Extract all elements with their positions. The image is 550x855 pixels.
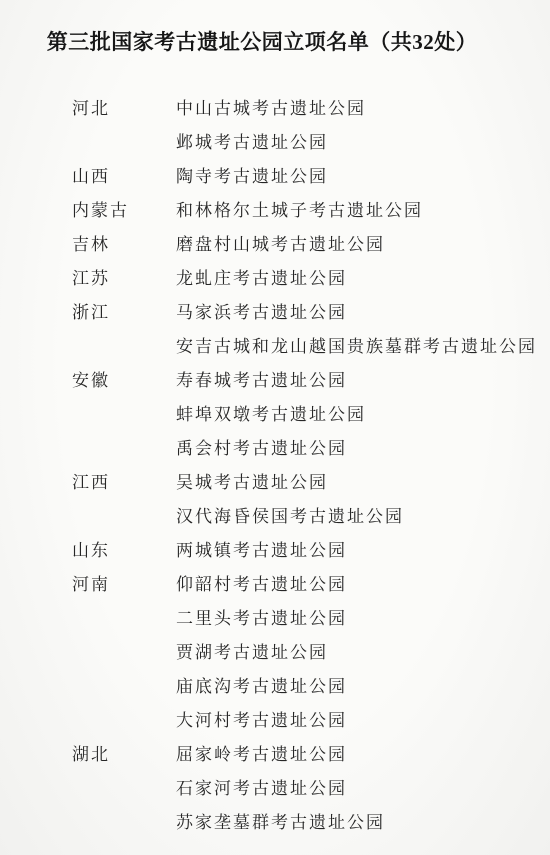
- table-row: 禹会村考古遗址公园: [0, 429, 550, 463]
- site-name-cell: 寿春城考古遗址公园: [176, 366, 550, 391]
- table-row: 吉林磨盘村山城考古遗址公园: [0, 225, 550, 259]
- province-cell: 浙江: [72, 298, 176, 323]
- site-name-cell: 汉代海昏侯国考古遗址公园: [176, 502, 550, 527]
- table-row: 大河村考古遗址公园: [0, 701, 550, 735]
- site-name-cell: 龙虬庄考古遗址公园: [176, 264, 550, 289]
- site-name-cell: 大河村考古遗址公园: [176, 706, 550, 731]
- table-row: 浙江马家浜考古遗址公园: [0, 293, 550, 327]
- table-row: 汉代海昏侯国考古遗址公园: [0, 497, 550, 531]
- province-cell: 河南: [72, 570, 176, 595]
- province-cell: 吉林: [72, 230, 176, 255]
- site-name-cell: 石家河考古遗址公园: [176, 774, 550, 799]
- site-name-cell: 苏家垄墓群考古遗址公园: [176, 808, 550, 833]
- province-cell: 山西: [72, 162, 176, 187]
- province-cell: 安徽: [72, 366, 176, 391]
- table-row: 湖北屈家岭考古遗址公园: [0, 735, 550, 769]
- table-row: 内蒙古和林格尔土城子考古遗址公园: [0, 191, 550, 225]
- site-name-cell: 二里头考古遗址公园: [176, 604, 550, 629]
- table-row: 山东两城镇考古遗址公园: [0, 531, 550, 565]
- province-cell: 江苏: [72, 264, 176, 289]
- site-name-cell: 蚌埠双墩考古遗址公园: [176, 400, 550, 425]
- site-name-cell: 和林格尔土城子考古遗址公园: [176, 196, 550, 221]
- site-name-cell: 中山古城考古遗址公园: [176, 94, 550, 119]
- site-name-cell: 磨盘村山城考古遗址公园: [176, 230, 550, 255]
- site-name-cell: 贾湖考古遗址公园: [176, 638, 550, 663]
- site-name-cell: 吴城考古遗址公园: [176, 468, 550, 493]
- site-name-cell: 庙底沟考古遗址公园: [176, 672, 550, 697]
- table-row: 江西吴城考古遗址公园: [0, 463, 550, 497]
- table-row: 河北中山古城考古遗址公园: [0, 89, 550, 123]
- table-row: 庙底沟考古遗址公园: [0, 667, 550, 701]
- table-row: 石家河考古遗址公园: [0, 769, 550, 803]
- site-name-cell: 仰韶村考古遗址公园: [176, 570, 550, 595]
- table-row: 苏家垄墓群考古遗址公园: [0, 803, 550, 837]
- province-cell: 山东: [72, 536, 176, 561]
- table-row: 安徽寿春城考古遗址公园: [0, 361, 550, 395]
- table-row: 邺城考古遗址公园: [0, 123, 550, 157]
- site-name-cell: 邺城考古遗址公园: [176, 128, 550, 153]
- province-cell: 内蒙古: [72, 196, 176, 221]
- document-title: 第三批国家考古遗址公园立项名单（共32处）: [0, 0, 550, 56]
- table-row: 山西陶寺考古遗址公园: [0, 157, 550, 191]
- province-cell: 河北: [72, 94, 176, 119]
- site-name-cell: 两城镇考古遗址公园: [176, 536, 550, 561]
- site-name-cell: 屈家岭考古遗址公园: [176, 740, 550, 765]
- table-row: 江苏龙虬庄考古遗址公园: [0, 259, 550, 293]
- document-page: 第三批国家考古遗址公园立项名单（共32处） 河北中山古城考古遗址公园邺城考古遗址…: [0, 0, 550, 855]
- table-row: 贾湖考古遗址公园: [0, 633, 550, 667]
- site-name-cell: 马家浜考古遗址公园: [176, 298, 550, 323]
- table-row: 二里头考古遗址公园: [0, 599, 550, 633]
- site-name-cell: 禹会村考古遗址公园: [176, 434, 550, 459]
- site-name-cell: 陶寺考古遗址公园: [176, 162, 550, 187]
- site-name-cell: 安吉古城和龙山越国贵族墓群考古遗址公园: [176, 332, 550, 357]
- table-row: 河南仰韶村考古遗址公园: [0, 565, 550, 599]
- province-cell: 江西: [72, 468, 176, 493]
- site-list: 河北中山古城考古遗址公园邺城考古遗址公园山西陶寺考古遗址公园内蒙古和林格尔土城子…: [0, 89, 550, 837]
- table-row: 蚌埠双墩考古遗址公园: [0, 395, 550, 429]
- province-cell: 湖北: [72, 740, 176, 765]
- table-row: 安吉古城和龙山越国贵族墓群考古遗址公园: [0, 327, 550, 361]
